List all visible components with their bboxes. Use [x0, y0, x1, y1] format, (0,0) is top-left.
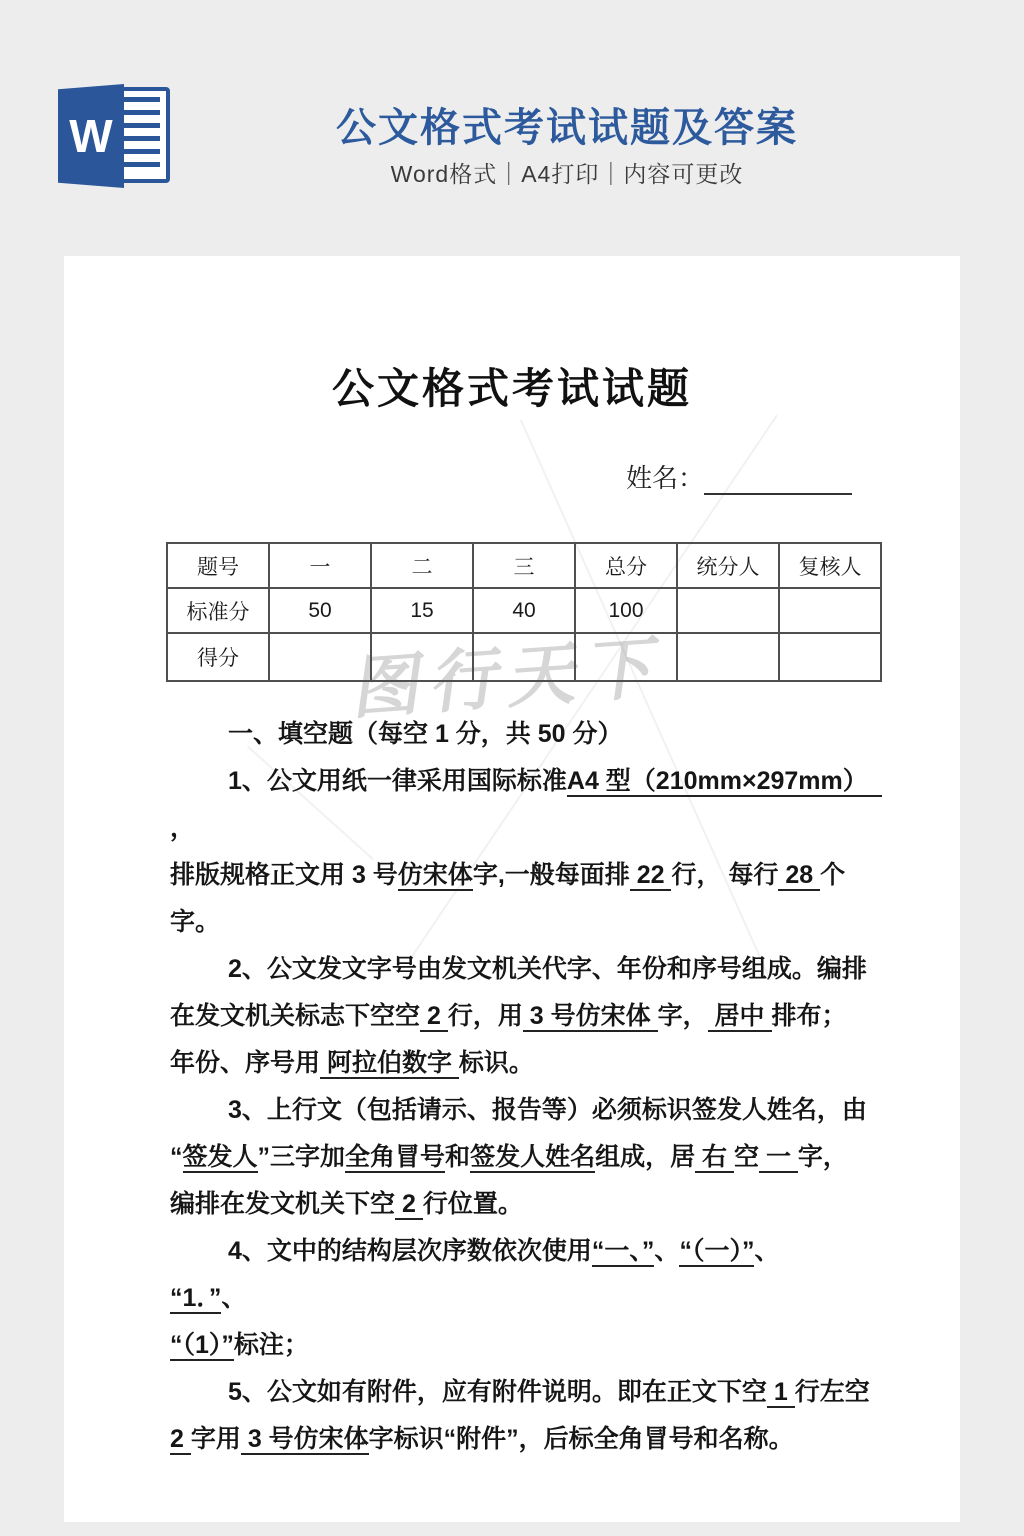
- fill-in-blank: 阿拉伯数字: [320, 1049, 459, 1079]
- word-cover-icon: W: [58, 84, 124, 188]
- table-cell: 50: [269, 588, 371, 633]
- text-segment: 行， 每行: [671, 861, 778, 889]
- body-text: 一、填空题（每空 1 分，共 50 分）1、公文用纸一律采用国际标准A4 型（2…: [170, 711, 876, 1463]
- document-card: 图行天下 公文格式考试试题 姓名： 题号一二三总分统分人复核人标准分501540…: [64, 256, 960, 1522]
- text-line: 编排在发文机关下空 2 行位置。: [170, 1181, 876, 1228]
- fill-in-blank: 右: [695, 1143, 734, 1173]
- text-line: 排版规格正文用 3 号仿宋体字,一般每面排 22 行， 每行 28 个: [170, 852, 876, 899]
- table-cell: [473, 633, 575, 681]
- text-line: 2 字用 3 号仿宋体字标识“附件”，后标全角冒号和名称。: [170, 1416, 876, 1463]
- fill-in-blank: “1．”: [170, 1284, 221, 1314]
- fill-in-blank: 签发人: [183, 1143, 258, 1173]
- text-segment: 3、上行文（包括请示、报告等）必须标识签发人姓名，由: [228, 1096, 867, 1124]
- text-segment: ，: [170, 814, 195, 842]
- text-segment: 字用: [191, 1425, 241, 1453]
- table-cell: [677, 588, 779, 633]
- score-table: 题号一二三总分统分人复核人标准分501540100得分: [166, 542, 882, 682]
- text-segment: 排布；: [772, 1002, 847, 1030]
- text-segment: 一、填空题（每空 1 分，共 50 分）: [228, 720, 623, 748]
- page-title: 公文格式考试试题及答案: [150, 96, 984, 153]
- text-segment: ”三字加: [258, 1143, 346, 1171]
- table-cell: 15: [371, 588, 473, 633]
- table-cell: 复核人: [779, 543, 881, 588]
- document-title: 公文格式考试试题: [64, 356, 960, 416]
- text-line: 字。: [170, 899, 876, 946]
- table-cell: 100: [575, 588, 677, 633]
- text-segment: 、: [221, 1284, 246, 1312]
- text-segment: 字，: [658, 1002, 708, 1030]
- word-icon-letter: W: [69, 113, 112, 159]
- fill-in-blank: 1: [767, 1378, 795, 1408]
- text-segment: 组成，居: [595, 1143, 695, 1171]
- text-segment: 4、文中的结构层次序数依次使用: [228, 1237, 592, 1265]
- table-cell: 三: [473, 543, 575, 588]
- text-segment: 行左空: [795, 1378, 870, 1406]
- table-cell: [575, 633, 677, 681]
- fill-in-blank: “一、”: [592, 1237, 655, 1267]
- text-segment: 行位置。: [423, 1190, 523, 1218]
- table-header-row: 题号一二三总分统分人复核人: [167, 543, 881, 588]
- text-segment: 和: [445, 1143, 470, 1171]
- table-cell: 40: [473, 588, 575, 633]
- table-cell: [779, 633, 881, 681]
- table-cell: 统分人: [677, 543, 779, 588]
- text-line: 2、公文发文字号由发文机关代字、年份和序号组成。编排: [170, 946, 876, 993]
- text-line: 年份、序号用 阿拉伯数字 标识。: [170, 1040, 876, 1087]
- text-segment: 编排在发文机关下空: [170, 1190, 395, 1218]
- text-segment: 字,一般每面排: [473, 861, 630, 889]
- fill-in-blank: 一: [759, 1143, 798, 1173]
- table-cell: 总分: [575, 543, 677, 588]
- table-cell: 标准分: [167, 588, 269, 633]
- table-row: 得分: [167, 633, 881, 681]
- text-line: 一、填空题（每空 1 分，共 50 分）: [170, 711, 876, 758]
- text-line: 在发文机关标志下空空 2 行，用 3 号仿宋体 字， 居中 排布；: [170, 993, 876, 1040]
- text-segment: 、: [754, 1237, 779, 1265]
- table-cell: 题号: [167, 543, 269, 588]
- table-cell: [677, 633, 779, 681]
- fill-in-blank: 仿宋体: [398, 861, 473, 891]
- text-segment: 字，: [798, 1143, 848, 1171]
- text-segment: 个: [820, 861, 845, 889]
- table-cell: [269, 633, 371, 681]
- fill-in-blank: 全角冒号: [345, 1143, 445, 1173]
- text-segment: 年份、序号用: [170, 1049, 320, 1077]
- text-segment: 字标识“附件”，后标全角冒号和名称。: [369, 1425, 794, 1453]
- fill-in-blank: 居中: [708, 1002, 772, 1032]
- fill-in-blank: 3 号仿宋体: [523, 1002, 658, 1032]
- text-line: 3、上行文（包括请示、报告等）必须标识签发人姓名，由: [170, 1087, 876, 1134]
- name-blank-line: [704, 467, 852, 495]
- fill-in-blank: A4 型（210mm×297mm）: [567, 767, 882, 797]
- text-segment: 5、公文如有附件，应有附件说明。即在正文下空: [228, 1378, 767, 1406]
- fill-in-blank: 2: [170, 1425, 191, 1455]
- text-segment: 、: [654, 1237, 679, 1265]
- text-segment: 空: [734, 1143, 759, 1171]
- table-cell: 二: [371, 543, 473, 588]
- text-line: “1．”、: [170, 1275, 876, 1322]
- table-cell: [371, 633, 473, 681]
- name-label: 姓名：: [626, 464, 704, 494]
- text-segment: 标识。: [459, 1049, 534, 1077]
- fill-in-blank: 2: [420, 1002, 448, 1032]
- site-header: W 公文格式考试试题及答案 Word格式｜A4打印｜内容可更改: [0, 0, 1024, 256]
- text-line: 4、文中的结构层次序数依次使用“一、”、“（一）”、: [170, 1228, 876, 1275]
- text-line: 1、公文用纸一律采用国际标准A4 型（210mm×297mm） ，: [170, 758, 876, 852]
- text-line: “（1）”标注；: [170, 1322, 876, 1369]
- text-segment: 行，用: [448, 1002, 523, 1030]
- text-segment: 1、公文用纸一律采用国际标准: [228, 767, 567, 795]
- text-segment: 在发文机关标志下空空: [170, 1002, 420, 1030]
- fill-in-blank: “（1）”: [170, 1331, 234, 1361]
- text-line: “签发人”三字加全角冒号和签发人姓名组成，居 右 空 一 字，: [170, 1134, 876, 1181]
- fill-in-blank: 28: [778, 861, 820, 891]
- text-line: 5、公文如有附件，应有附件说明。即在正文下空 1 行左空: [170, 1369, 876, 1416]
- text-segment: 2、公文发文字号由发文机关代字、年份和序号组成。编排: [228, 955, 867, 983]
- text-segment: 字。: [170, 908, 220, 936]
- table-cell: 得分: [167, 633, 269, 681]
- table-cell: 一: [269, 543, 371, 588]
- name-row: 姓名：: [626, 458, 852, 495]
- fill-in-blank: 3 号仿宋体: [241, 1425, 369, 1455]
- fill-in-blank: “（一）”: [679, 1237, 754, 1267]
- text-segment: 标注；: [234, 1331, 309, 1359]
- fill-in-blank: 22: [630, 861, 672, 891]
- fill-in-blank: 2: [395, 1190, 423, 1220]
- text-segment: 排版规格正文用 3 号: [170, 861, 398, 889]
- table-row: 标准分501540100: [167, 588, 881, 633]
- table-cell: [779, 588, 881, 633]
- text-segment: “: [170, 1143, 183, 1171]
- page-subtitle: Word格式｜A4打印｜内容可更改: [150, 156, 984, 189]
- fill-in-blank: 签发人姓名: [470, 1143, 595, 1173]
